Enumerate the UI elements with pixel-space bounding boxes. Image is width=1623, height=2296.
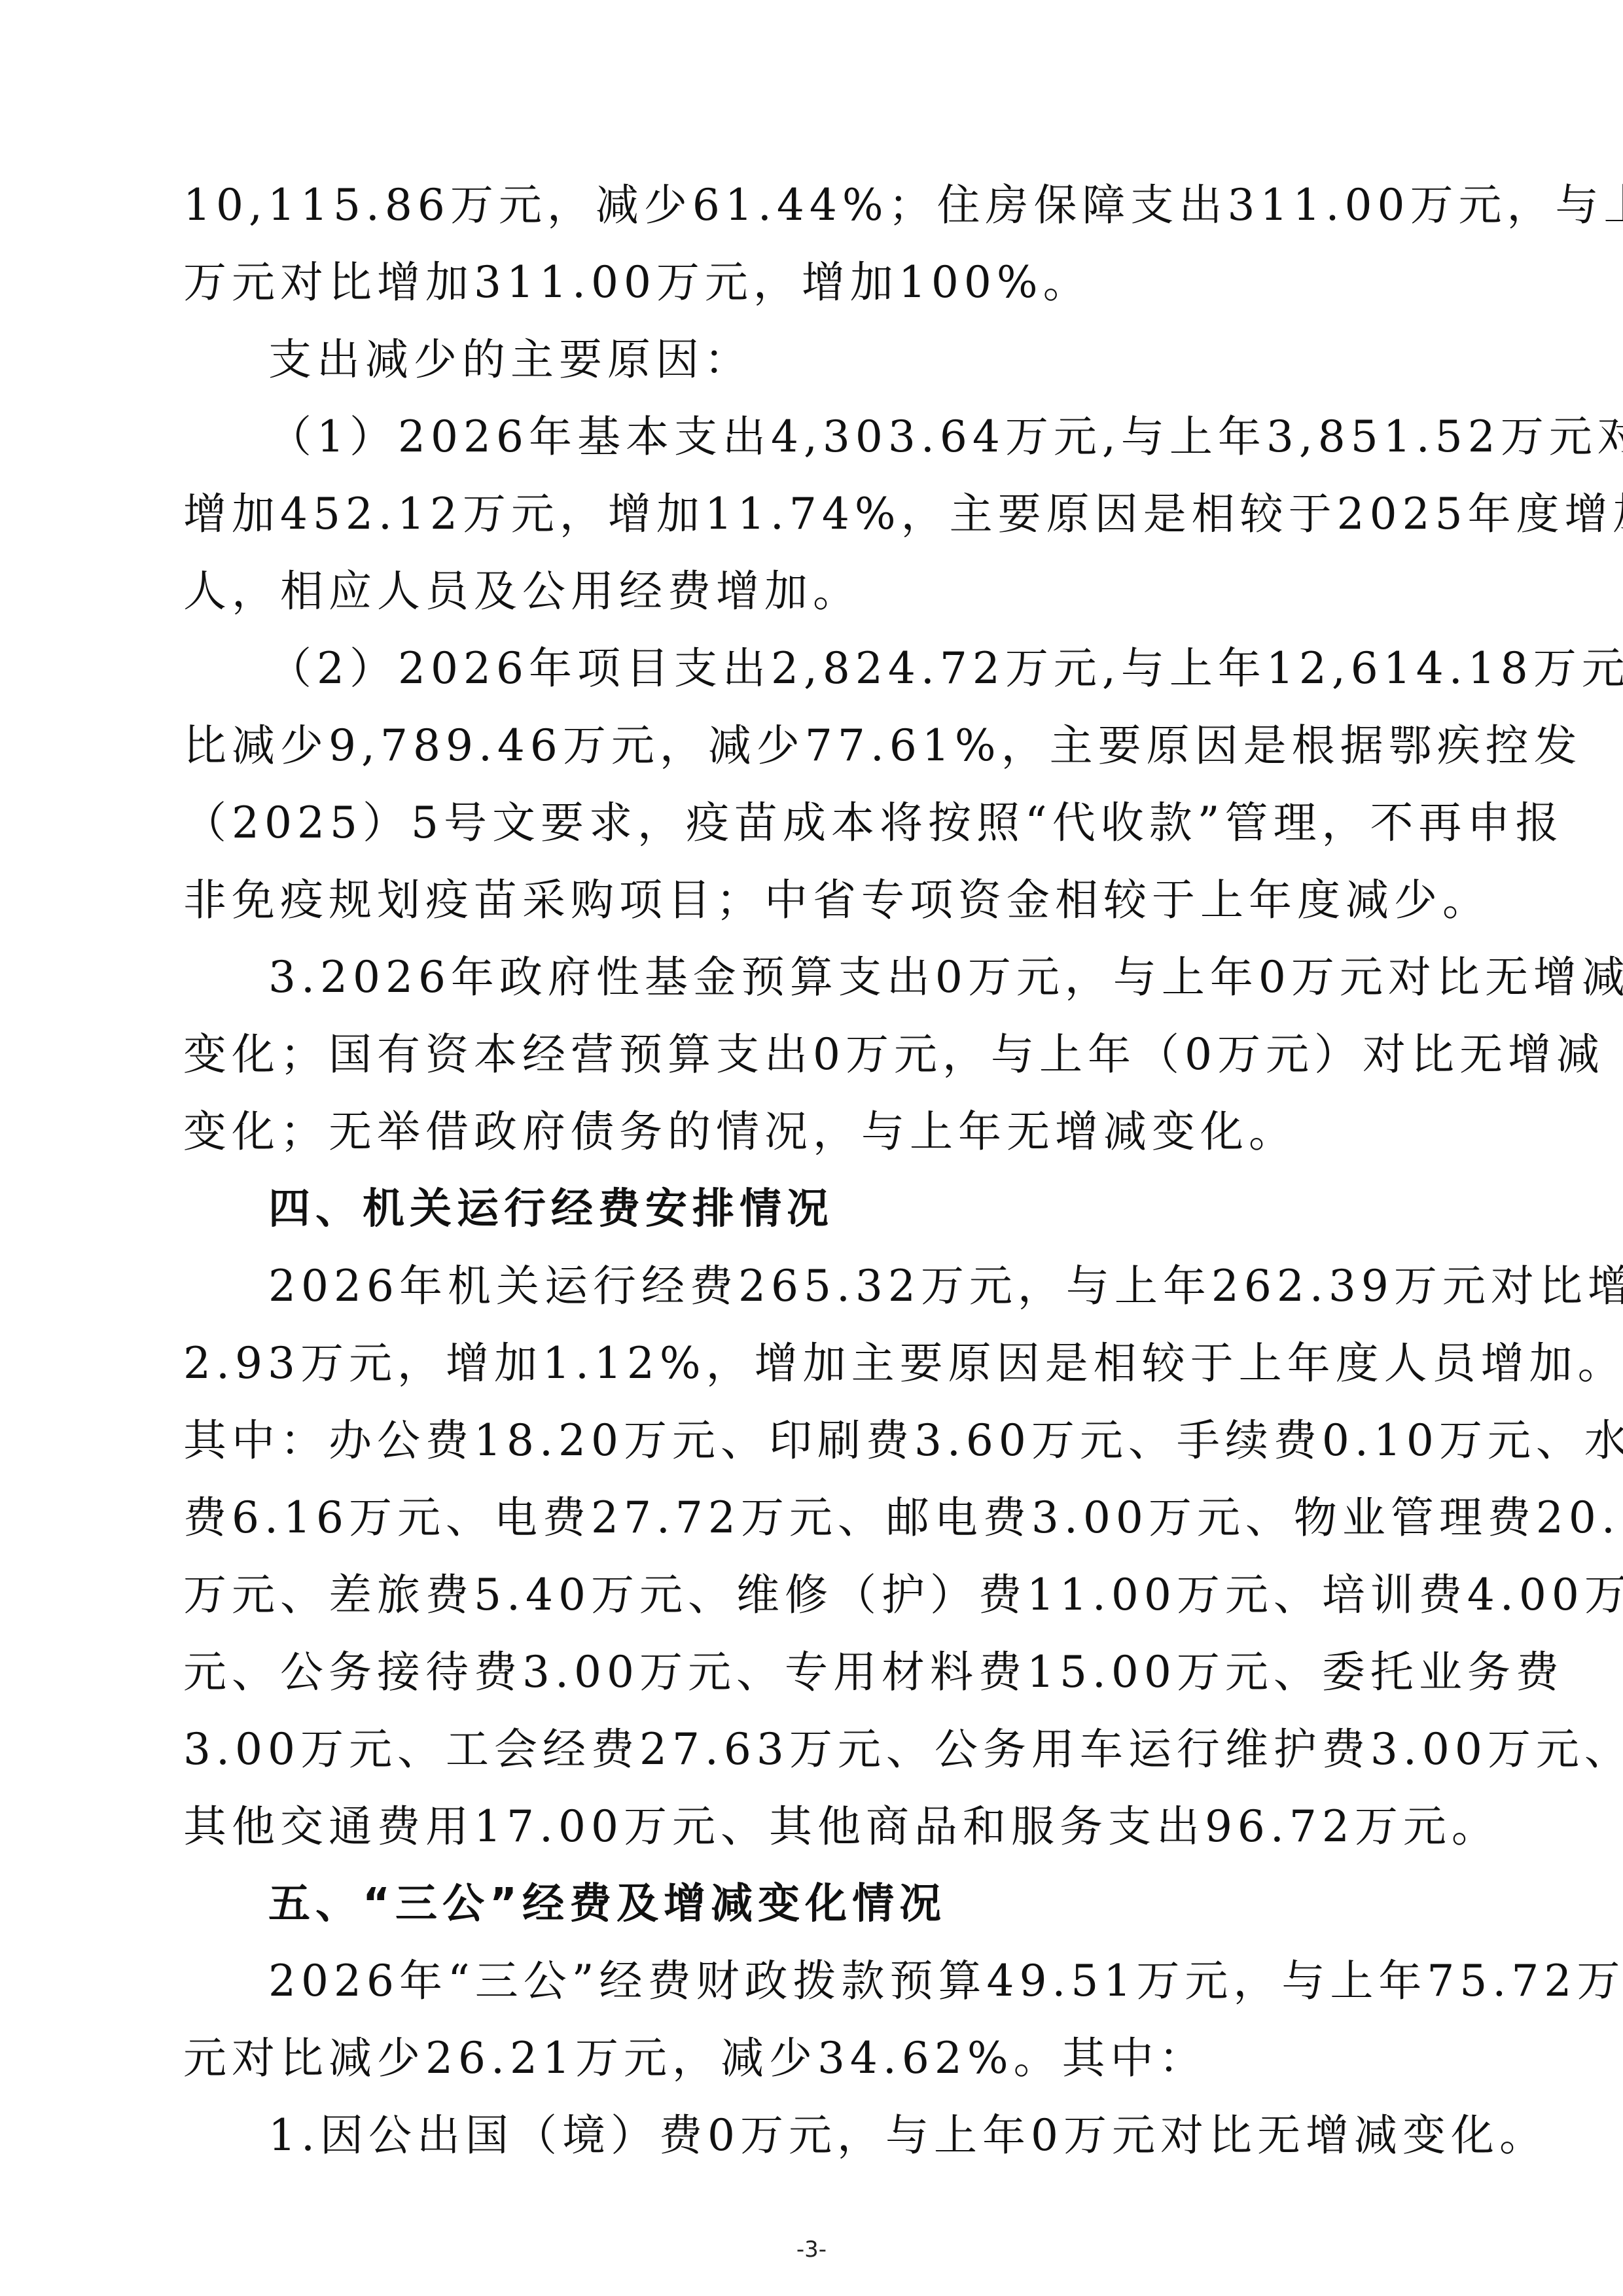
text-line: 3.2026年政府性基金预算支出0万元，与上年0万元对比无增减 [183, 939, 1450, 1016]
text-line: 万元对比增加311.00万元，增加100%。 [183, 244, 1450, 321]
text-line: 比减少9,789.46万元，减少77.61%，主要原因是根据鄂疾控发 [183, 707, 1450, 785]
text-line: 元、公务接待费3.00万元、专用材料费15.00万元、委托业务费 [183, 1634, 1450, 1711]
section-heading: 五、“三公”经费及增减变化情况 [183, 1865, 1450, 1943]
text-line: 支出减少的主要原因： [183, 321, 1450, 398]
text-line: 人，相应人员及公用经费增加。 [183, 553, 1450, 630]
text-line: 非免疫规划疫苗采购项目；中省专项资金相较于上年度减少。 [183, 862, 1450, 939]
text-line: 元对比减少26.21万元，减少34.62%。其中： [183, 2020, 1450, 2097]
text-line: 增加452.12万元，增加11.74%，主要原因是相较于2025年度增加16 [183, 476, 1450, 553]
text-line: 2026年“三公”经费财政拨款预算49.51万元，与上年75.72万 [183, 1943, 1450, 2020]
text-line: 2026年机关运行经费265.32万元，与上年262.39万元对比增加 [183, 1248, 1450, 1325]
text-line: 变化；国有资本经营预算支出0万元，与上年（0万元）对比无增减 [183, 1016, 1450, 1093]
text-line: （1）2026年基本支出4,303.64万元,与上年3,851.52万元对比 [183, 398, 1450, 476]
text-line: （2）2026年项目支出2,824.72万元,与上年12,614.18万元对 [183, 630, 1450, 707]
section-heading: 四、机关运行经费安排情况 [183, 1171, 1450, 1248]
page-number: -3- [0, 2236, 1623, 2263]
text-line: 其中：办公费18.20万元、印刷费3.60万元、手续费0.10万元、水 [183, 1402, 1450, 1479]
text-line: 变化；无举借政府债务的情况，与上年无增减变化。 [183, 1093, 1450, 1171]
text-line: 费6.16万元、电费27.72万元、邮电费3.00万元、物业管理费20.80 [183, 1479, 1450, 1557]
text-line: 其他交通费用17.00万元、其他商品和服务支出96.72万元。 [183, 1788, 1450, 1865]
text-line: 2.93万元，增加1.12%，增加主要原因是相较于上年度人员增加。 [183, 1325, 1450, 1402]
text-line: 10,115.86万元，减少61.44%；住房保障支出311.00万元，与上年0 [183, 167, 1450, 244]
document-page: 10,115.86万元，减少61.44%；住房保障支出311.00万元，与上年0… [183, 167, 1450, 2174]
text-line: 万元、差旅费5.40万元、维修（护）费11.00万元、培训费4.00万 [183, 1557, 1450, 1634]
text-line: 1.因公出国（境）费0万元，与上年0万元对比无增减变化。 [183, 2097, 1450, 2174]
text-line: （2025）5号文要求，疫苗成本将按照“代收款”管理，不再申报 [183, 785, 1450, 862]
text-line: 3.00万元、工会经费27.63万元、公务用车运行维护费3.00万元、 [183, 1711, 1450, 1788]
